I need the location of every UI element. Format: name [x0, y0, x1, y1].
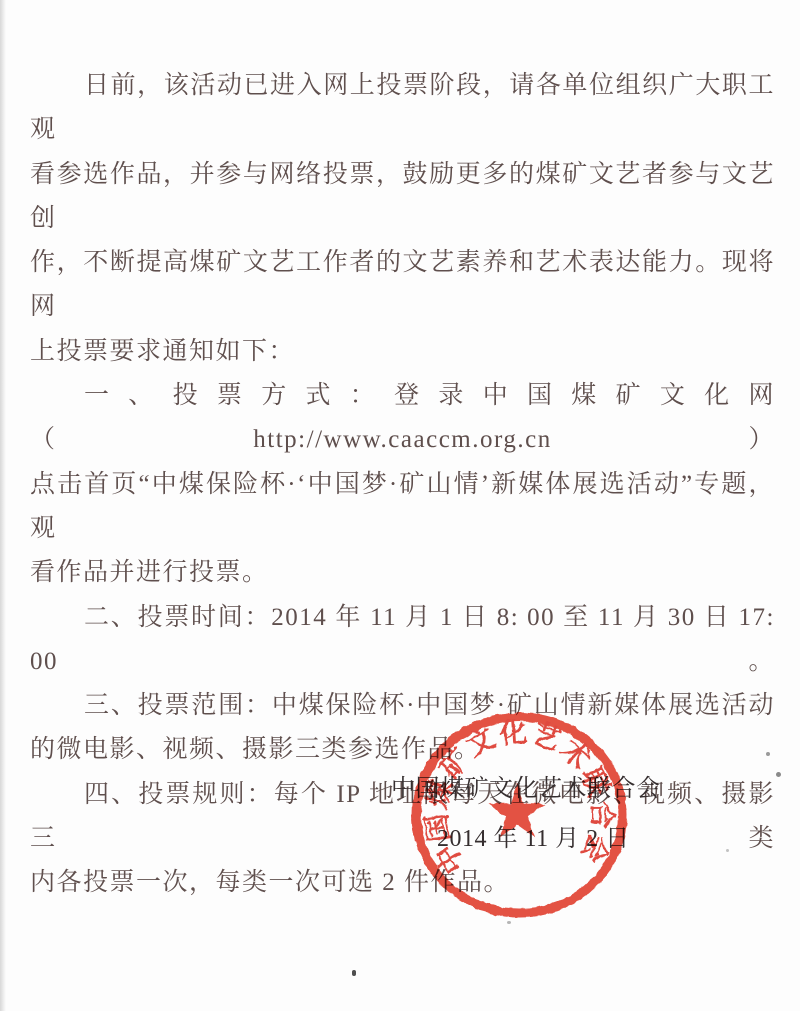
- signature-date: 2014 年 11 月 2 日: [437, 818, 630, 853]
- body-line: 点击首页“中煤保险杯·‘中国梦·矿山情’新媒体展选活动”专题，观: [30, 463, 775, 552]
- body-line: 日前，该活动已进入网上投票阶段，请各单位组织广大职工观: [30, 64, 775, 153]
- body-line: 看参选作品，并参与网络投票，鼓励更多的煤矿文艺者参与文艺创: [30, 153, 775, 242]
- scanned-notice-page: 日前，该活动已进入网上投票阶段，请各单位组织广大职工观 看参选作品，并参与网络投…: [0, 0, 800, 1011]
- body-line: 二、投票时间：2014 年 11 月 1 日 8: 00 至 11 月 30 日…: [30, 596, 775, 685]
- body-line: 的微电影、视频、摄影三类参选作品。: [30, 728, 775, 772]
- body-line: 看作品并进行投票。: [30, 551, 775, 595]
- body-line: 三、投票范围：中煤保险杯·中国梦·矿山情新媒体展选活动: [30, 684, 775, 728]
- body-line: 一、投票方式：登录中国煤矿文化网（http://www.caaccm.org.c…: [30, 374, 775, 463]
- scan-edge-shadow: [0, 0, 6, 1011]
- body-line: 作，不断提高煤矿文艺工作者的文艺素养和艺术表达能力。现将网: [30, 241, 775, 330]
- scan-speck: [776, 772, 781, 777]
- body-line: 上投票要求通知如下：: [30, 330, 775, 374]
- scan-speck: [507, 921, 511, 924]
- scan-speck: [352, 970, 356, 976]
- body-line: 内各投票一次，每类一次可选 2 件作品。: [30, 861, 775, 905]
- signature-org: 中国煤矿文化艺术联合会: [391, 768, 661, 803]
